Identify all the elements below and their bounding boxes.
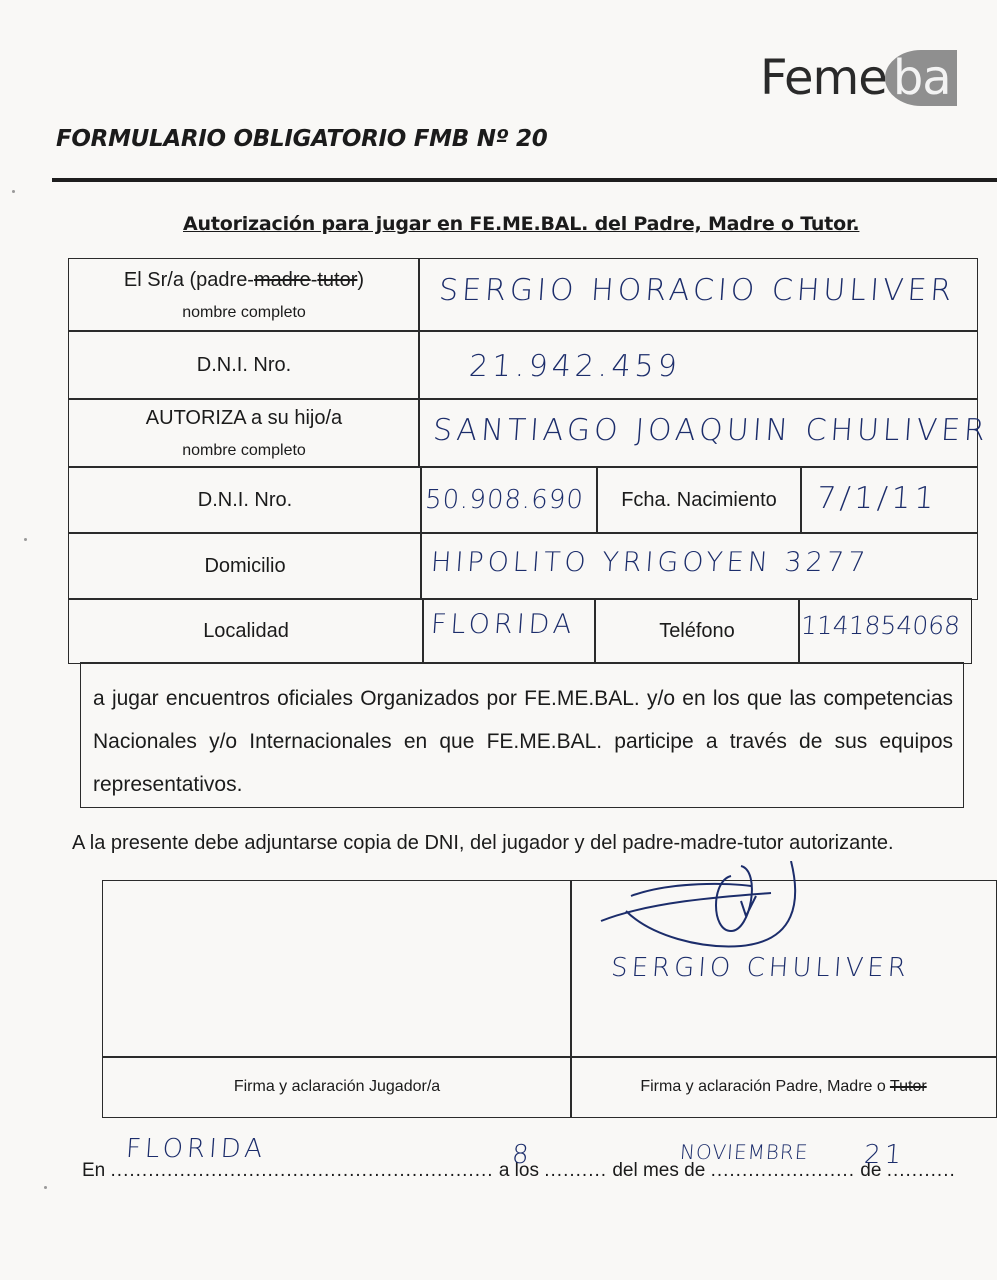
address-field[interactable]: HIPOLITO YRIGOYEN 3277 — [420, 532, 978, 600]
scan-speck — [12, 190, 15, 193]
logo-ball: ba — [885, 50, 957, 106]
parent-dni-value: 21.942.459 — [468, 349, 682, 384]
femeba-logo: Femeba — [760, 50, 957, 106]
address-label-cell: Domicilio — [68, 532, 422, 600]
player-signature-caption: Firma y aclaración Jugador/a — [234, 1078, 440, 1096]
phone-field[interactable]: 1141854068 — [798, 598, 972, 664]
phone-value: 1141854068 — [800, 611, 961, 640]
parent-signature-caption-cell: Firma y aclaración Padre, Madre o Tutor — [570, 1056, 997, 1118]
child-dni-label: D.N.I. Nro. — [198, 489, 292, 512]
parent-dni-label: D.N.I. Nro. — [197, 354, 291, 377]
month-value[interactable]: NOVIEMBRE — [679, 1140, 809, 1164]
form-subtitle: Autorización para jugar en FE.ME.BAL. de… — [183, 213, 859, 235]
place-value[interactable]: FLORIDA — [125, 1134, 267, 1164]
child-name-label: AUTORIZA a su hijo/a — [146, 407, 342, 430]
child-name-sublabel: nombre completo — [182, 442, 306, 460]
parent-name-label-cell: El Sr/a (padre-madre-tutor) nombre compl… — [68, 258, 420, 332]
address-label: Domicilio — [204, 555, 285, 578]
en-label: En — [82, 1160, 105, 1181]
phone-label-cell: Teléfono — [594, 598, 800, 664]
player-signature-caption-cell: Firma y aclaración Jugador/a — [102, 1056, 572, 1118]
child-dni-field[interactable]: 50.908.690 — [420, 466, 598, 534]
signature-table: SERGIO CHULIVER Firma y aclaración Jugad… — [102, 880, 997, 1120]
city-label-cell: Localidad — [68, 598, 424, 664]
child-name-label-cell: AUTORIZA a su hijo/a nombre completo — [68, 398, 420, 468]
child-dni-label-cell: D.N.I. Nro. — [68, 466, 422, 534]
authorization-table: El Sr/a (padre-madre-tutor) nombre compl… — [68, 258, 978, 666]
year-value[interactable]: 21 — [863, 1140, 906, 1170]
parent-name-field[interactable]: SERGIO HORACIO CHULIVER — [418, 258, 978, 332]
authorization-text-box: a jugar encuentros oficiales Organizados… — [80, 662, 964, 808]
child-dni-value: 50.908.690 — [424, 485, 585, 515]
city-field[interactable]: FLORIDA — [422, 598, 596, 664]
child-name-field[interactable]: SANTIAGO JOAQUIN CHULIVER — [418, 398, 978, 468]
city-value: FLORIDA — [430, 609, 577, 640]
authorization-text: a jugar encuentros oficiales Organizados… — [93, 677, 953, 806]
parent-name-sublabel: nombre completo — [182, 304, 306, 322]
attachment-note: A la presente debe adjuntarse copia de D… — [72, 832, 894, 855]
city-label: Localidad — [203, 620, 289, 643]
parent-dni-label-cell: D.N.I. Nro. — [68, 330, 420, 400]
date-line: En .....................................… — [82, 1160, 956, 1182]
birth-date-value: 7/1/11 — [816, 481, 939, 516]
logo-text: Feme — [760, 50, 887, 106]
parent-name-value: SERGIO HORACIO CHULIVER — [438, 273, 957, 308]
child-name-value: SANTIAGO JOAQUIN CHULIVER — [432, 413, 990, 448]
birth-date-label: Fcha. Nacimiento — [621, 489, 777, 512]
birth-date-label-cell: Fcha. Nacimiento — [596, 466, 802, 534]
parent-signature-caption: Firma y aclaración Padre, Madre o Tutor — [640, 1078, 926, 1096]
form-title: FORMULARIO OBLIGATORIO FMB Nº 20 — [56, 126, 547, 152]
parent-signed-name: SERGIO CHULIVER — [610, 953, 911, 983]
scan-speck — [24, 538, 27, 541]
title-divider — [52, 178, 997, 182]
player-signature-field[interactable] — [102, 880, 572, 1058]
birth-date-field[interactable]: 7/1/11 — [800, 466, 978, 534]
parent-name-label: El Sr/a (padre-madre-tutor) — [124, 269, 364, 292]
address-value: HIPOLITO YRIGOYEN 3277 — [430, 547, 870, 578]
parent-signature-field[interactable]: SERGIO CHULIVER — [570, 880, 997, 1058]
day-value[interactable]: 8 — [511, 1140, 534, 1170]
scan-speck — [44, 1186, 47, 1189]
phone-label: Teléfono — [659, 620, 735, 643]
parent-dni-field[interactable]: 21.942.459 — [418, 330, 978, 400]
